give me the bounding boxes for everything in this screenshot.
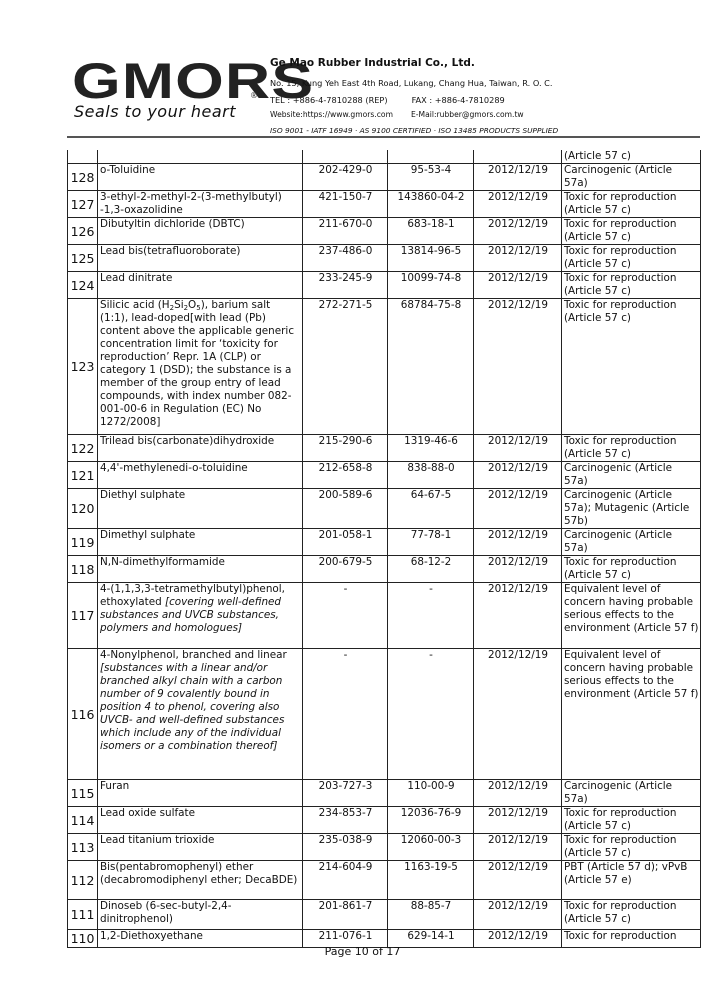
- cell-reason: Toxic for reproduction (Article 57 c): [562, 556, 701, 583]
- cell-ec: 202-429-0: [303, 164, 388, 191]
- cell-ec: 421-150-7: [303, 191, 388, 218]
- cell-ec: 233-245-9: [303, 272, 388, 299]
- substance-name: Dinoseb (6-sec-butyl-2,4-dinitrophenol): [100, 900, 232, 925]
- table-row: 1164-Nonylphenol, branched and linear [s…: [68, 649, 701, 780]
- cell-name: 4-(1,1,3,3-tetramethylbutyl)phenol, etho…: [98, 583, 303, 649]
- cell-ec: 237-486-0: [303, 245, 388, 272]
- cell-date: 2012/12/19: [474, 272, 562, 299]
- cell-date: 2012/12/19: [474, 489, 562, 529]
- cell-no: 116: [68, 649, 98, 780]
- table-row: 113Lead titanium trioxide235-038-912060-…: [68, 834, 701, 861]
- cell-ec: 201-058-1: [303, 529, 388, 556]
- table-row: 1214,4'-methylenedi-o-toluidine212-658-8…: [68, 462, 701, 489]
- cell-cas: 95-53-4: [388, 164, 474, 191]
- cell-no: 124: [68, 272, 98, 299]
- slogan: Seals to your heart: [74, 102, 236, 121]
- cell-cas: 1319-46-6: [388, 435, 474, 462]
- cell-ec: 214-604-9: [303, 861, 388, 900]
- cell-date: 2012/12/19: [474, 245, 562, 272]
- table-row: 120Diethyl sulphate200-589-664-67-52012/…: [68, 489, 701, 529]
- cell-no: 123: [68, 299, 98, 435]
- company-web-line: Website:https://www.gmors.comE-Mail:rubb…: [270, 110, 524, 119]
- cell-reason: Carcinogenic (Article 57a): [562, 164, 701, 191]
- cell-ec: 200-679-5: [303, 556, 388, 583]
- cell-name: Trilead bis(carbonate)dihydroxide: [98, 435, 303, 462]
- substance-name: Dibutyltin dichloride (DBTC): [100, 218, 245, 230]
- cell-reason: (Article 57 c): [562, 150, 701, 164]
- cell-name: Dibutyltin dichloride (DBTC): [98, 218, 303, 245]
- company-name: Ge Mao Rubber Industrial Co., Ltd.: [270, 57, 475, 69]
- cell-no: 121: [68, 462, 98, 489]
- cell-date: 2012/12/19: [474, 780, 562, 807]
- table-row: 118N,N-dimethylformamide200-679-568-12-2…: [68, 556, 701, 583]
- cell-name: 3-ethyl-2-methyl-2-(3-methylbutyl) -1,3-…: [98, 191, 303, 218]
- substance-scope-note: [substances with a linear and/or branche…: [100, 662, 284, 752]
- cell-reason: Toxic for reproduction (Article 57 c): [562, 299, 701, 435]
- cell-ec: 201-861-7: [303, 900, 388, 930]
- cell-reason: Equivalent level of concern having proba…: [562, 649, 701, 780]
- cell-ec: 234-853-7: [303, 807, 388, 834]
- email-link[interactable]: E-Mail:rubber@gmors.com.tw: [411, 110, 524, 119]
- cell-no: 122: [68, 435, 98, 462]
- cell-no: 117: [68, 583, 98, 649]
- cell-name: Lead dinitrate: [98, 272, 303, 299]
- cell-ec: 212-658-8: [303, 462, 388, 489]
- cell-no: 126: [68, 218, 98, 245]
- cell-name: Furan: [98, 780, 303, 807]
- page-number: Page 10 of 17: [0, 945, 725, 958]
- cell-no: 118: [68, 556, 98, 583]
- substance-name: Lead dinitrate: [100, 272, 172, 284]
- cell-date: 2012/12/19: [474, 462, 562, 489]
- cell-no: 113: [68, 834, 98, 861]
- cell-no: [68, 150, 98, 164]
- table-row: 112Bis(pentabromophenyl) ether (decabrom…: [68, 861, 701, 900]
- cell-reason: Carcinogenic (Article 57a): [562, 462, 701, 489]
- substance-name: 4-Nonylphenol, branched and linear: [100, 649, 287, 661]
- cell-ec: 215-290-6: [303, 435, 388, 462]
- substance-name: 4,4'-methylenedi-o-toluidine: [100, 462, 248, 474]
- cell-ec: 211-670-0: [303, 218, 388, 245]
- cell-name: Lead titanium trioxide: [98, 834, 303, 861]
- fax: FAX : +886-4-7810289: [412, 95, 505, 105]
- cell-date: 2012/12/19: [474, 164, 562, 191]
- cell-cas: 10099-74-8: [388, 272, 474, 299]
- continuation-row: (Article 57 c): [68, 150, 701, 164]
- cell-date: [474, 150, 562, 164]
- cell-cas: 12036-76-9: [388, 807, 474, 834]
- table-row: 126Dibutyltin dichloride (DBTC)211-670-0…: [68, 218, 701, 245]
- substance-name: Silicic acid (H2Si2O5), barium salt (1:1…: [100, 299, 294, 428]
- cell-date: 2012/12/19: [474, 299, 562, 435]
- cell-date: 2012/12/19: [474, 900, 562, 930]
- cell-ec: 272-271-5: [303, 299, 388, 435]
- cell-no: 111: [68, 900, 98, 930]
- cell-ec: -: [303, 583, 388, 649]
- cell-reason: Carcinogenic (Article 57a): [562, 780, 701, 807]
- cell-ec: [303, 150, 388, 164]
- website-link[interactable]: Website:https://www.gmors.com: [270, 110, 393, 119]
- cell-ec: -: [303, 649, 388, 780]
- chemical-formula: H2Si2O5: [162, 299, 201, 311]
- cell-date: 2012/12/19: [474, 583, 562, 649]
- cell-name: Lead bis(tetrafluoroborate): [98, 245, 303, 272]
- cell-reason: Toxic for reproduction (Article 57 c): [562, 834, 701, 861]
- substance-name: Bis(pentabromophenyl) ether (decabromodi…: [100, 861, 297, 886]
- cell-cas: [388, 150, 474, 164]
- substance-name: 3-ethyl-2-methyl-2-(3-methylbutyl) -1,3-…: [100, 191, 282, 216]
- table-row: 125Lead bis(tetrafluoroborate)237-486-01…: [68, 245, 701, 272]
- table-row: 123Silicic acid (H2Si2O5), barium salt (…: [68, 299, 701, 435]
- table-row: 115Furan203-727-3110-00-92012/12/19Carci…: [68, 780, 701, 807]
- cell-cas: 64-67-5: [388, 489, 474, 529]
- cell-name: Diethyl sulphate: [98, 489, 303, 529]
- table-row: 111Dinoseb (6-sec-butyl-2,4-dinitropheno…: [68, 900, 701, 930]
- substance-name: Diethyl sulphate: [100, 489, 185, 501]
- cell-reason: PBT (Article 57 d); vPvB (Article 57 e): [562, 861, 701, 900]
- cell-no: 115: [68, 780, 98, 807]
- cell-date: 2012/12/19: [474, 435, 562, 462]
- cell-reason: Toxic for reproduction (Article 57 c): [562, 272, 701, 299]
- cell-name: N,N-dimethylformamide: [98, 556, 303, 583]
- substance-name: Lead oxide sulfate: [100, 807, 195, 819]
- registered-mark: ®: [250, 91, 258, 100]
- substance-name: Furan: [100, 780, 129, 792]
- svhc-table: (Article 57 c) 128o-Toluidine202-429-095…: [67, 150, 701, 948]
- substance-name: N,N-dimethylformamide: [100, 556, 225, 568]
- table-row: 124Lead dinitrate233-245-910099-74-82012…: [68, 272, 701, 299]
- table-row: 1273-ethyl-2-methyl-2-(3-methylbutyl) -1…: [68, 191, 701, 218]
- substance-name: 1,2-Diethoxyethane: [100, 930, 203, 942]
- cell-reason: Carcinogenic (Article 57a); Mutagenic (A…: [562, 489, 701, 529]
- table-row: 114Lead oxide sulfate234-853-712036-76-9…: [68, 807, 701, 834]
- table-row: 119Dimethyl sulphate201-058-177-78-12012…: [68, 529, 701, 556]
- cell-cas: 110-00-9: [388, 780, 474, 807]
- letterhead: GMORS ® Seals to your heart Ge Mao Rubbe…: [0, 0, 725, 140]
- substance-name: Dimethyl sulphate: [100, 529, 195, 541]
- cell-no: 112: [68, 861, 98, 900]
- cell-ec: 235-038-9: [303, 834, 388, 861]
- cell-name: [98, 150, 303, 164]
- company-phone-line: TEL : +886-4-7810288 (REP)FAX : +886-4-7…: [270, 95, 505, 105]
- cell-cas: 683-18-1: [388, 218, 474, 245]
- company-address: No. 15, Kung Yeh East 4th Road, Lukang, …: [270, 78, 553, 88]
- cell-cas: 68784-75-8: [388, 299, 474, 435]
- cell-date: 2012/12/19: [474, 529, 562, 556]
- cell-name: Dinoseb (6-sec-butyl-2,4-dinitrophenol): [98, 900, 303, 930]
- cell-reason: Toxic for reproduction (Article 57 c): [562, 218, 701, 245]
- table-row: 122Trilead bis(carbonate)dihydroxide215-…: [68, 435, 701, 462]
- cell-name: Dimethyl sulphate: [98, 529, 303, 556]
- cell-name: 4-Nonylphenol, branched and linear [subs…: [98, 649, 303, 780]
- cell-no: 114: [68, 807, 98, 834]
- cell-ec: 203-727-3: [303, 780, 388, 807]
- cell-cas: -: [388, 583, 474, 649]
- substance-name: Lead bis(tetrafluoroborate): [100, 245, 240, 257]
- table-row: 128o-Toluidine202-429-095-53-42012/12/19…: [68, 164, 701, 191]
- cell-cas: 12060-00-3: [388, 834, 474, 861]
- cell-no: 127: [68, 191, 98, 218]
- cell-cas: 68-12-2: [388, 556, 474, 583]
- cell-date: 2012/12/19: [474, 191, 562, 218]
- cell-cas: 143860-04-2: [388, 191, 474, 218]
- cell-cas: -: [388, 649, 474, 780]
- cell-name: Bis(pentabromophenyl) ether (decabromodi…: [98, 861, 303, 900]
- cell-no: 119: [68, 529, 98, 556]
- cell-cas: 838-88-0: [388, 462, 474, 489]
- cell-name: o-Toluidine: [98, 164, 303, 191]
- cell-cas: 77-78-1: [388, 529, 474, 556]
- cell-date: 2012/12/19: [474, 218, 562, 245]
- cell-reason: Toxic for reproduction (Article 57 c): [562, 435, 701, 462]
- cell-reason: Carcinogenic (Article 57a): [562, 529, 701, 556]
- substance-name: Trilead bis(carbonate)dihydroxide: [100, 435, 274, 447]
- cell-name: Lead oxide sulfate: [98, 807, 303, 834]
- cell-reason: Toxic for reproduction (Article 57 c): [562, 807, 701, 834]
- cell-reason: Equivalent level of concern having proba…: [562, 583, 701, 649]
- substance-name: o-Toluidine: [100, 164, 155, 176]
- cell-date: 2012/12/19: [474, 556, 562, 583]
- cell-name: 4,4'-methylenedi-o-toluidine: [98, 462, 303, 489]
- cell-date: 2012/12/19: [474, 861, 562, 900]
- cell-cas: 1163-19-5: [388, 861, 474, 900]
- tel: TEL : +886-4-7810288 (REP): [270, 95, 388, 105]
- cell-no: 128: [68, 164, 98, 191]
- header-divider: [67, 136, 700, 138]
- certifications: ISO 9001 - IATF 16949 · AS 9100 CERTIFIE…: [270, 126, 558, 135]
- substance-name: Lead titanium trioxide: [100, 834, 214, 846]
- table-row: 1174-(1,1,3,3-tetramethylbutyl)phenol, e…: [68, 583, 701, 649]
- cell-reason: Toxic for reproduction (Article 57 c): [562, 191, 701, 218]
- cell-no: 120: [68, 489, 98, 529]
- cell-date: 2012/12/19: [474, 649, 562, 780]
- cell-reason: Toxic for reproduction (Article 57 c): [562, 245, 701, 272]
- cell-date: 2012/12/19: [474, 807, 562, 834]
- cell-reason: Toxic for reproduction (Article 57 c): [562, 900, 701, 930]
- cell-ec: 200-589-6: [303, 489, 388, 529]
- cell-name: Silicic acid (H2Si2O5), barium salt (1:1…: [98, 299, 303, 435]
- cell-date: 2012/12/19: [474, 834, 562, 861]
- cell-cas: 88-85-7: [388, 900, 474, 930]
- cell-cas: 13814-96-5: [388, 245, 474, 272]
- cell-no: 125: [68, 245, 98, 272]
